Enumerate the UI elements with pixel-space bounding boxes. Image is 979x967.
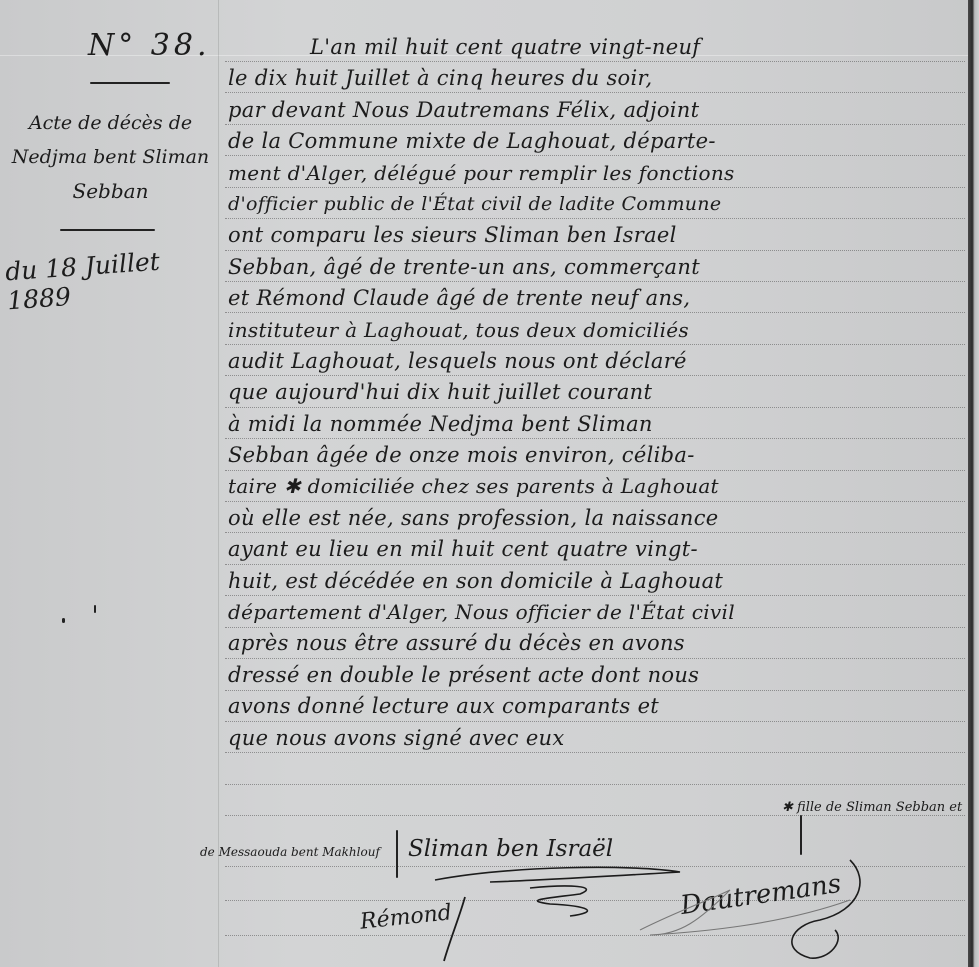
body-line: avons donné lecture aux comparants et bbox=[228, 691, 968, 722]
body-line: instituteur à Laghouat, tous deux domici… bbox=[228, 315, 968, 346]
body-line: Sebban, âgé de trente-un ans, commerçant bbox=[228, 252, 968, 283]
annotation-part-1: ✱ fille de Sliman Sebban et bbox=[782, 800, 962, 815]
body-line: huit, est décédée en son domicile à Lagh… bbox=[228, 566, 968, 597]
margin-title-line-3: Sebban bbox=[8, 174, 213, 208]
body-line: Sebban âgée de onze mois environ, céliba… bbox=[228, 440, 968, 471]
body-line: ment d'Alger, délégué pour remplir les f… bbox=[228, 158, 968, 189]
divider bbox=[60, 229, 155, 231]
body-line: où elle est née, sans profession, la nai… bbox=[228, 503, 968, 534]
body-line: département d'Alger, Nous officier de l'… bbox=[228, 597, 968, 628]
margin-title-line-2: Nedjma bent Sliman bbox=[8, 140, 213, 174]
body-line: ayant eu lieu en mil huit cent quatre vi… bbox=[228, 534, 968, 565]
margin-title-line-1: Acte de décès de bbox=[8, 106, 213, 140]
signature-stroke bbox=[440, 895, 470, 965]
body-line: à midi la nommée Nedjma bent Sliman bbox=[228, 409, 968, 440]
ink-speck bbox=[62, 618, 65, 623]
body-line: le dix huit Juillet à cinq heures du soi… bbox=[228, 63, 968, 94]
body-line: que nous avons signé avec eux bbox=[228, 723, 968, 754]
annotation-part-2: de Messaouda bent Makhlouf bbox=[200, 845, 380, 859]
body-line: de la Commune mixte de Laghouat, départe… bbox=[228, 126, 968, 157]
body-line: après nous être assuré du décès en avons bbox=[228, 628, 968, 659]
binding-edge bbox=[968, 0, 979, 967]
body-line: ont comparu les sieurs Sliman ben Israel bbox=[228, 220, 968, 251]
divider bbox=[90, 82, 170, 84]
body-line: audit Laghouat, lesquels nous ont déclar… bbox=[228, 346, 968, 377]
body-line: dressé en double le présent acte dont no… bbox=[228, 660, 968, 691]
body-line: par devant Nous Dautremans Félix, adjoin… bbox=[228, 95, 968, 126]
body-line: et Rémond Claude âgé de trente neuf ans, bbox=[228, 283, 968, 314]
body-line: L'an mil huit cent quatre vingt-neuf bbox=[228, 32, 968, 63]
annotation-bracket bbox=[396, 830, 398, 878]
ruled-line bbox=[225, 784, 965, 785]
officer-signature-flourish bbox=[620, 840, 900, 965]
ink-speck bbox=[94, 605, 96, 613]
register-page: N° 38. Acte de décès de Nedjma bent Slim… bbox=[0, 0, 979, 967]
body-line: que aujourd'hui dix huit juillet courant bbox=[228, 377, 968, 408]
entry-number: N° 38. bbox=[88, 28, 211, 63]
act-body: L'an mil huit cent quatre vingt-neuf le … bbox=[228, 32, 968, 754]
signature-remond: Rémond bbox=[359, 900, 453, 934]
ruled-line bbox=[225, 815, 965, 816]
body-line: d'officier public de l'État civil de lad… bbox=[228, 189, 968, 220]
margin-date: du 18 Juillet 1889 bbox=[4, 243, 220, 316]
body-line: taire ✱ domiciliée chez ses parents à La… bbox=[228, 471, 968, 502]
margin-rule bbox=[218, 0, 219, 967]
